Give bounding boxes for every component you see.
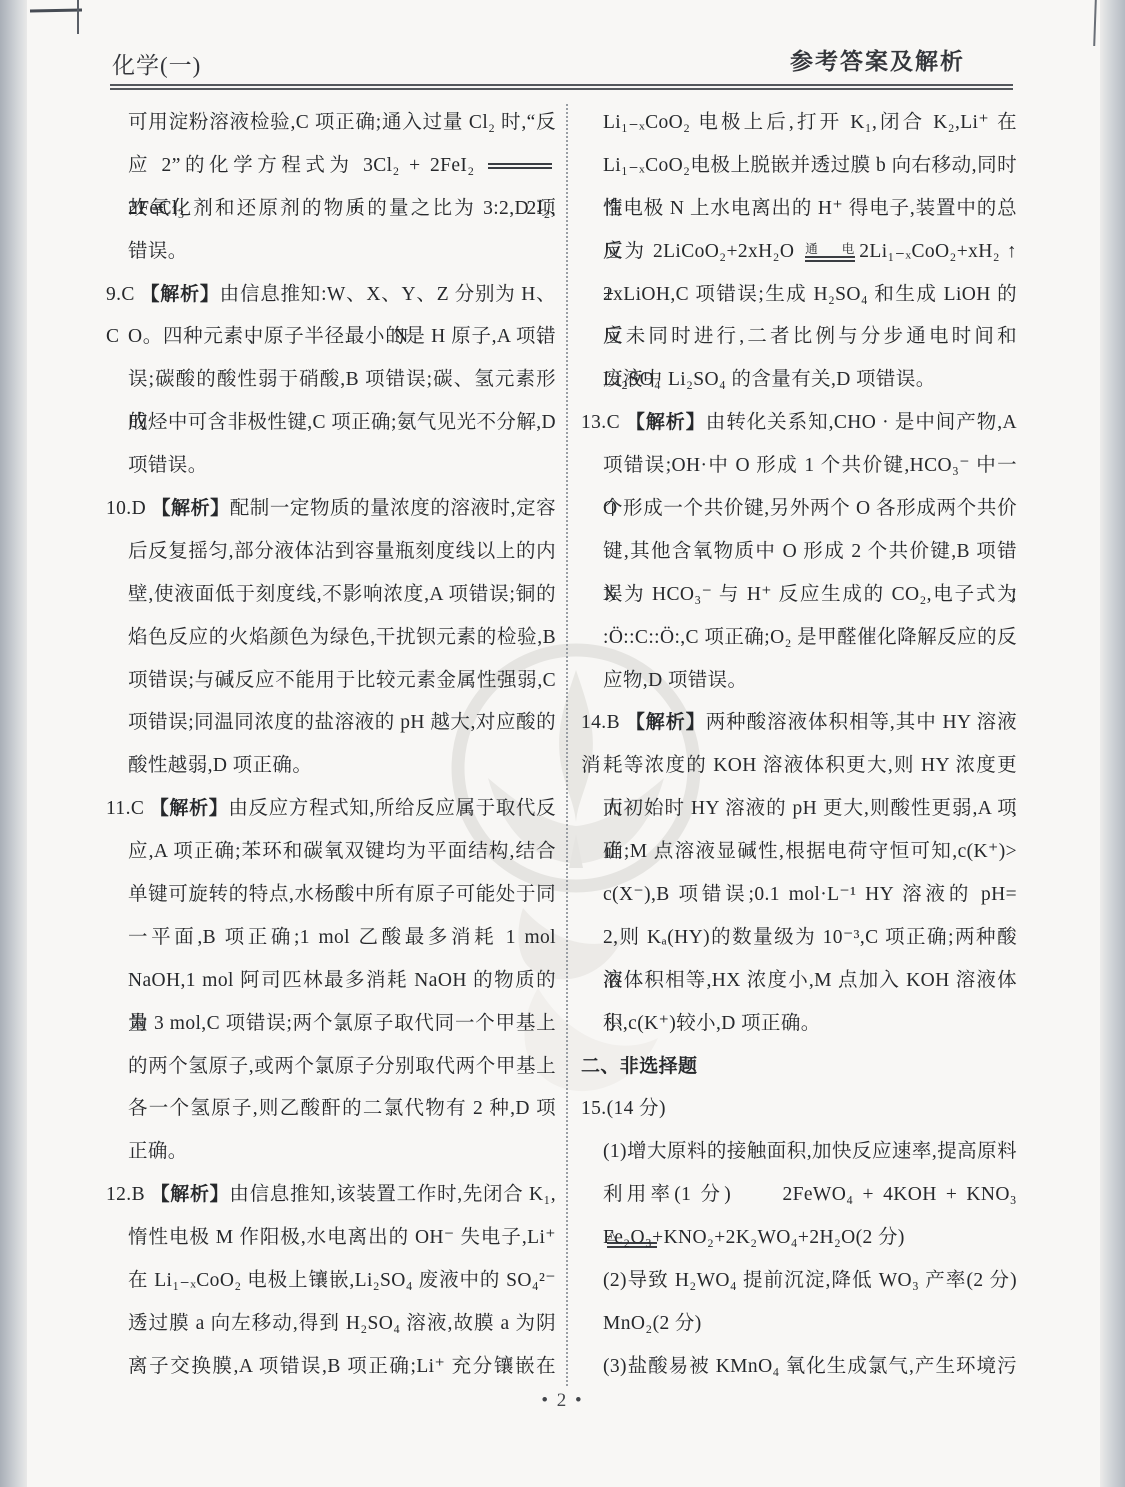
text-segment: 15.(14 分) (581, 1098, 666, 1119)
text-line: 11.C 【解析】由反应方程式知,所给反应属于取代反 (106, 788, 556, 831)
text-line: 一平面,B 项正确;1 mol 乙酸最多消耗 1 mol (106, 917, 556, 960)
photo-edge-left (0, 0, 27, 1487)
bold-label: 【解析】 (626, 412, 706, 433)
text-segment: 一平面,B 项正确;1 mol 乙酸最多消耗 1 mol (128, 927, 556, 948)
photo-edge-right (1100, 0, 1125, 1487)
text-segment: (3)盐酸易被 KMnO₄ 氧化生成氯气,产生环境污 (603, 1356, 1017, 1377)
text-segment: 13.C (581, 412, 626, 433)
text-line: 项错误;OH·中 O 形成 1 个共价键,HCO₃⁻ 中一个 (581, 445, 1017, 488)
bold-label: 【解析】 (141, 284, 220, 305)
text-segment: 壁,使液面低于刻度线,不影响浓度,A 项错误;铜的 (128, 584, 556, 605)
text-line: 9.C 【解析】由信息推知:W、X、Y、Z 分别为 H、C、N、 (106, 274, 556, 317)
column-divider (566, 104, 568, 1386)
text-line: 14.B 【解析】两种酸溶液体积相等,其中 HY 溶液消 (581, 702, 1017, 745)
header-rule (110, 84, 1013, 90)
text-line: (2)导致 H₂WO₄ 提前沉淀,降低 WO₃ 产率(2 分) (581, 1260, 1017, 1303)
text-line: 应为 2LiCoO₂+2xH₂O 通电2Li₁₋ₓCoO₂+xH₂ ↑ + (581, 231, 1017, 274)
text-line: 耗等浓度的 KOH 溶液体积更大,则 HY 浓度更大, (581, 745, 1017, 788)
text-line: 故氧化剂和还原剂的物质的量之比为 3:2,D 项 (106, 188, 556, 231)
photo-corner-artifact (77, 0, 79, 34)
text-line: 10.D 【解析】配制一定物质的量浓度的溶液时,定容 (106, 488, 556, 531)
text-segment: 11.C (106, 798, 150, 819)
bold-label: 【解析】 (626, 712, 706, 733)
text-segment: 废液中 Li₂SO₄ 的含量有关,D 项错误。 (603, 369, 936, 390)
text-segment: 透过膜 a 向左移动,得到 H₂SO₄ 溶液,故膜 a 为阴 (128, 1313, 556, 1334)
text-line: c(X⁻),B 项错误;0.1 mol·L⁻¹ HY 溶液的 pH= (581, 874, 1017, 917)
bold-label: 【解析】 (152, 498, 230, 519)
text-segment: 后反复摇匀,部分液体沾到容量瓶刻度线以上的内 (128, 541, 556, 562)
text-line: 透过膜 a 向左移动,得到 H₂SO₄ 溶液,故膜 a 为阴 (106, 1303, 556, 1346)
text-segment: :Ö::C::Ö:,C 项正确;O₂ 是甲醛催化降解反应的反 (603, 627, 1017, 648)
text-line: Li₁₋ₓCoO₂ 电极上后,打开 K₁,闭合 K₂,Li⁺ 在 (581, 102, 1017, 145)
text-line: 2,则 Kₐ(HY)的数量级为 10⁻³,C 项正确;两种酸溶 (581, 917, 1017, 960)
text-segment: 为 3 mol,C 项错误;两个氯原子取代同一个甲基上 (128, 1013, 556, 1034)
text-line: Li₁₋ₓCoO₂电极上脱嵌并透过膜 b 向右移动,同时惰 (581, 145, 1017, 188)
reaction-condition-equals-sign: 通电 (805, 243, 855, 262)
text-line: 二、非选择题 (581, 1046, 1017, 1089)
text-line: (3)盐酸易被 KMnO₄ 氧化生成氯气,产生环境污 (581, 1346, 1017, 1389)
text-line: 液体积相等,HX 浓度小,M 点加入 KOH 溶液体积 (581, 960, 1017, 1003)
text-segment: O。四种元素中原子半径最小的是 H 原子,A 项错 (128, 326, 556, 347)
text-segment: 项错误;同温同浓度的盐溶液的 pH 越大,对应酸的 (128, 712, 556, 733)
reaction-condition-equals-sign (488, 163, 552, 169)
text-segment: 惰性电极 M 作阳极,水电离出的 OH⁻ 失电子,Li⁺ (128, 1227, 556, 1248)
text-line: 的两个氢原子,或两个氯原子分别取代两个甲基上 (106, 1046, 556, 1089)
text-line: 在 Li₁₋ₓCoO₂ 电极上镶嵌,Li₂SO₄ 废液中的 SO₄²⁻ (106, 1260, 556, 1303)
photographed-answer-page: { "header": { "left_title": "化学(一)", "ri… (0, 0, 1125, 1487)
page-heading: 参考答案及解析 (790, 43, 965, 76)
text-line: 应,A 项正确;苯环和碳氧双键均为平面结构,结合 (106, 831, 556, 874)
text-line: Fe₂O₃+KNO₂+2K₂WO₄+2H₂O(2 分) (581, 1217, 1017, 1260)
double-bond-equals-bar (488, 163, 552, 169)
text-line: O。四种元素中原子半径最小的是 H 原子,A 项错 (106, 316, 556, 359)
text-line: 确;M 点溶液显碱性,根据电荷守恒可知,c(K⁺)> (581, 831, 1017, 874)
text-line: 后反复摇匀,部分液体沾到容量瓶刻度线以上的内 (106, 531, 556, 574)
bold-label: 二、非选择题 (581, 1056, 697, 1077)
text-line: (1)增大原料的接触面积,加快反应速率,提高原料 (581, 1131, 1017, 1174)
text-segment: 利用率(1 分) 2FeWO₄ + 4KOH + KNO₃ (603, 1184, 1017, 1205)
text-segment: 项错误;与碱反应不能用于比较元素金属性强弱,C (128, 670, 556, 691)
text-segment: 错误。 (128, 241, 188, 262)
text-segment: 由反应方程式知,所给反应属于取代反 (228, 798, 556, 819)
text-line: 应 2”的化学方程式为 3Cl₂ + 2FeI₂ 2FeCl₃ + 2I₂, (106, 145, 556, 188)
text-segment: 9.C (106, 284, 141, 305)
text-line: 15.(14 分) (581, 1088, 1017, 1131)
text-line: 废液中 Li₂SO₄ 的含量有关,D 项错误。 (581, 359, 1017, 402)
text-segment: Fe₂O₃+KNO₂+2K₂WO₄+2H₂O(2 分) (603, 1227, 905, 1248)
text-line: MnO₂(2 分) (581, 1303, 1017, 1346)
text-line: X 为 HCO₃⁻ 与 H⁺ 反应生成的 CO₂,电子式为 (581, 574, 1017, 617)
photo-corner-artifact (1093, 0, 1097, 46)
text-segment: 由信息推知,该装置工作时,先闭合 K₁, (229, 1184, 556, 1205)
text-segment: 应物,D 项错误。 (603, 670, 747, 691)
text-line: 可用淀粉溶液检验,C 项正确;通入过量 Cl₂ 时,“反 (106, 102, 556, 145)
text-line: :Ö::C::Ö:,C 项正确;O₂ 是甲醛催化降解反应的反 (581, 617, 1017, 660)
text-line: 而初始时 HY 溶液的 pH 更大,则酸性更弱,A 项正 (581, 788, 1017, 831)
text-segment: 14.B (581, 712, 626, 733)
text-line: 各一个氢原子,则乙酸酐的二氯代物有 2 种,D 项 (106, 1088, 556, 1131)
text-segment: 的烃中可含非极性键,C 项正确;氨气见光不分解,D (128, 412, 556, 433)
right-column: Li₁₋ₓCoO₂ 电极上后,打开 K₁,闭合 K₂,Li⁺ 在Li₁₋ₓCoO… (581, 102, 1017, 1389)
text-line: 壁,使液面低于刻度线,不影响浓度,A 项错误;铜的 (106, 574, 556, 617)
text-line: O 形成一个共价键,另外两个 O 各形成两个共价 (581, 488, 1017, 531)
page-number: • 2 • (0, 1390, 1125, 1412)
text-segment: 酸性越弱,D 项正确。 (128, 755, 312, 776)
text-segment: 可用淀粉溶液检验,C 项正确;通入过量 Cl₂ 时,“反 (128, 112, 556, 133)
bold-label: 【解析】 (150, 798, 229, 819)
text-segment: MnO₂(2 分) (603, 1313, 702, 1334)
text-line: 单键可旋转的特点,水杨酸中所有原子可能处于同 (106, 874, 556, 917)
reaction-condition-label: 通电 (805, 243, 855, 256)
text-segment: X 为 HCO₃⁻ 与 H⁺ 反应生成的 CO₂,电子式为 (603, 584, 1017, 605)
text-line: 焰色反应的火焰颜色为绿色,干扰钡元素的检验,B (106, 617, 556, 660)
text-line: 项错误;同温同浓度的盐溶液的 pH 越大,对应酸的 (106, 702, 556, 745)
text-line: 误;碳酸的酸性弱于硝酸,B 项错误;碳、氢元素形成 (106, 359, 556, 402)
text-segment: 配制一定物质的量浓度的溶液时,定容 (230, 498, 556, 519)
text-segment: 焰色反应的火焰颜色为绿色,干扰钡元素的检验,B (128, 627, 556, 648)
text-segment: 故氧化剂和还原剂的物质的量之比为 3:2,D 项 (128, 198, 556, 219)
text-segment: Li₁₋ₓCoO₂ 电极上后,打开 K₁,闭合 K₂,Li⁺ 在 (603, 112, 1017, 133)
text-line: 项错误。 (106, 445, 556, 488)
text-segment: 各一个氢原子,则乙酸酐的二氯代物有 2 种,D 项 (128, 1098, 556, 1119)
photo-corner-artifact (30, 9, 82, 13)
text-line: 12.B 【解析】由信息推知,该装置工作时,先闭合 K₁, (106, 1174, 556, 1217)
text-line: 应物,D 项错误。 (581, 660, 1017, 703)
text-line: 离子交换膜,A 项错误,B 项正确;Li⁺ 充分镶嵌在 (106, 1346, 556, 1389)
text-segment: 应为 2LiCoO₂+2xH₂O (603, 241, 801, 262)
text-line: 2xLiOH,C 项错误;生成 H₂SO₄ 和生成 LiOH 的反 (581, 274, 1017, 317)
text-segment: 应 2”的化学方程式为 3Cl₂ + 2FeI₂ (128, 155, 484, 176)
text-segment: 由转化关系知,CHO · 是中间产物,A (706, 412, 1017, 433)
text-line: 错误。 (106, 231, 556, 274)
text-line: 利用率(1 分) 2FeWO₄ + 4KOH + KNO₃ △ (581, 1174, 1017, 1217)
bold-label: 【解析】 (151, 1184, 230, 1205)
text-segment: (2)导致 H₂WO₄ 提前沉淀,降低 WO₃ 产率(2 分) (603, 1270, 1017, 1291)
text-line: 13.C 【解析】由转化关系知,CHO · 是中间产物,A (581, 402, 1017, 445)
text-segment: 应,A 项正确;苯环和碳氧双键均为平面结构,结合 (128, 841, 556, 862)
text-segment: 10.D (106, 498, 152, 519)
text-segment: 正确。 (128, 1141, 188, 1162)
text-segment: 12.B (106, 1184, 151, 1205)
text-segment: 单键可旋转的特点,水杨酸中所有原子可能处于同 (128, 884, 556, 905)
double-bond-equals-bar (805, 256, 855, 262)
subject-title: 化学(一) (112, 47, 201, 80)
text-segment: (1)增大原料的接触面积,加快反应速率,提高原料 (603, 1141, 1017, 1162)
text-segment: 小,c(K⁺)较小,D 项正确。 (603, 1013, 821, 1034)
text-line: 惰性电极 M 作阳极,水电离出的 OH⁻ 失电子,Li⁺ (106, 1217, 556, 1260)
left-column: 可用淀粉溶液检验,C 项正确;通入过量 Cl₂ 时,“反应 2”的化学方程式为 … (106, 102, 556, 1389)
text-line: 项错误;与碱反应不能用于比较元素金属性强弱,C (106, 660, 556, 703)
text-line: 酸性越弱,D 项正确。 (106, 745, 556, 788)
text-line: 键,其他含氧物质中 O 形成 2 个共价键,B 项错误; (581, 531, 1017, 574)
text-segment: 离子交换膜,A 项错误,B 项正确;Li⁺ 充分镶嵌在 (128, 1356, 556, 1377)
text-segment: 在 Li₁₋ₓCoO₂ 电极上镶嵌,Li₂SO₄ 废液中的 SO₄²⁻ (128, 1270, 556, 1291)
text-line: 性电极 N 上水电离出的 H⁺ 得电子,装置中的总反 (581, 188, 1017, 231)
text-segment: 的两个氢原子,或两个氯原子分别取代两个甲基上 (128, 1056, 556, 1077)
text-line: 正确。 (106, 1131, 556, 1174)
text-line: NaOH,1 mol 阿司匹林最多消耗 NaOH 的物质的量 (106, 960, 556, 1003)
text-segment: 项错误。 (128, 455, 208, 476)
text-segment: O 形成一个共价键,另外两个 O 各形成两个共价 (603, 498, 1017, 519)
text-line: 小,c(K⁺)较小,D 项正确。 (581, 1003, 1017, 1046)
text-line: 为 3 mol,C 项错误;两个氯原子取代同一个甲基上 (106, 1003, 556, 1046)
text-line: 的烃中可含非极性键,C 项正确;氨气见光不分解,D (106, 402, 556, 445)
text-line: 应未同时进行,二者比例与分步通电时间和 Li₂SO₄ (581, 316, 1017, 359)
text-segment: c(X⁻),B 项错误;0.1 mol·L⁻¹ HY 溶液的 pH= (603, 884, 1017, 905)
text-segment: 确;M 点溶液显碱性,根据电荷守恒可知,c(K⁺)> (603, 841, 1017, 862)
